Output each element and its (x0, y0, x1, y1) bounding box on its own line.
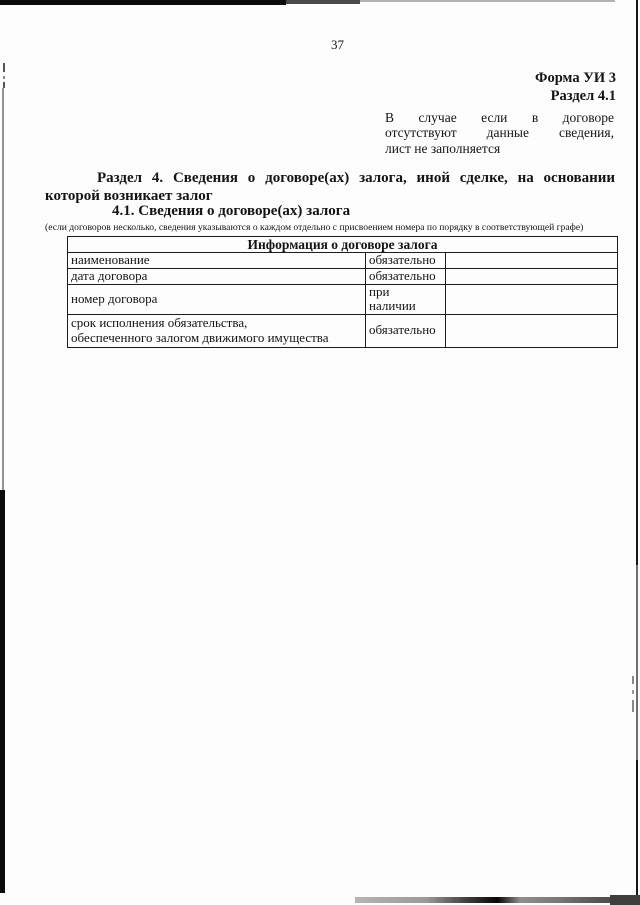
row-requirement-text: при наличии (369, 285, 419, 314)
scan-edge-right-line (636, 0, 638, 905)
row-label-line: обеспеченного залогом движимого имуществ… (71, 331, 362, 346)
side-note-line: В случае если в договоре (385, 110, 614, 125)
side-note: В случае если в договоре отсутствуют дан… (385, 110, 614, 156)
scan-edge-right-line-fade (636, 565, 638, 760)
side-note-line: отсутствуют данные сведения, (385, 125, 614, 140)
form-code-label: Форма УИ 3 (535, 69, 616, 87)
scan-edge-left-line (2, 88, 4, 490)
section-heading-line: Раздел 4. Сведения о договоре(ах) залога… (45, 170, 615, 188)
form-identifier: Форма УИ 3 Раздел 4.1 (535, 69, 616, 105)
scan-edge-right-dash (632, 700, 634, 712)
scan-edge-bottom-corner (610, 895, 640, 905)
scan-edge-left-bar (0, 490, 5, 893)
row-value-cell (446, 253, 618, 269)
row-label: номер договора (68, 284, 366, 314)
row-label: дата договора (68, 269, 366, 285)
row-value-cell (446, 284, 618, 314)
page-number: 37 (331, 37, 344, 53)
table-row: наименование обязательно (68, 253, 618, 269)
section-heading: Раздел 4. Сведения о договоре(ах) залога… (45, 170, 615, 205)
row-value-cell (446, 269, 618, 285)
scan-edge-bottom-bar (355, 897, 640, 903)
pledge-contract-info-table: Информация о договоре залога наименовани… (67, 236, 618, 348)
row-requirement: обязательно (366, 269, 446, 285)
row-requirement: обязательно (366, 314, 446, 347)
row-label: срок исполнения обязательства, обеспечен… (68, 314, 366, 347)
table-title: Информация о договоре залога (68, 237, 618, 253)
row-label-line: срок исполнения обязательства, (71, 316, 362, 331)
table-title-row: Информация о договоре залога (68, 237, 618, 253)
scan-edge-left-dash (3, 63, 5, 72)
scan-edge-top-bar (0, 0, 286, 5)
scan-edge-left-dash (3, 76, 5, 79)
row-value-cell (446, 314, 618, 347)
table-row: срок исполнения обязательства, обеспечен… (68, 314, 618, 347)
scan-edge-right-dash (632, 676, 634, 684)
subsection-note: (если договоров несколько, сведения указ… (45, 222, 583, 233)
row-label: наименование (68, 253, 366, 269)
row-requirement: обязательно (366, 253, 446, 269)
form-section-label: Раздел 4.1 (535, 87, 616, 105)
scan-edge-right-dash (632, 690, 634, 694)
subsection-heading: 4.1. Сведения о договоре(ах) залога (112, 203, 350, 220)
table-row: дата договора обязательно (68, 269, 618, 285)
scan-edge-top-bar-fade (286, 0, 360, 4)
row-requirement: при наличии (366, 284, 446, 314)
side-note-line: лист не заполняется (385, 141, 614, 156)
table-row: номер договора при наличии (68, 284, 618, 314)
scan-edge-top-line (360, 0, 615, 2)
